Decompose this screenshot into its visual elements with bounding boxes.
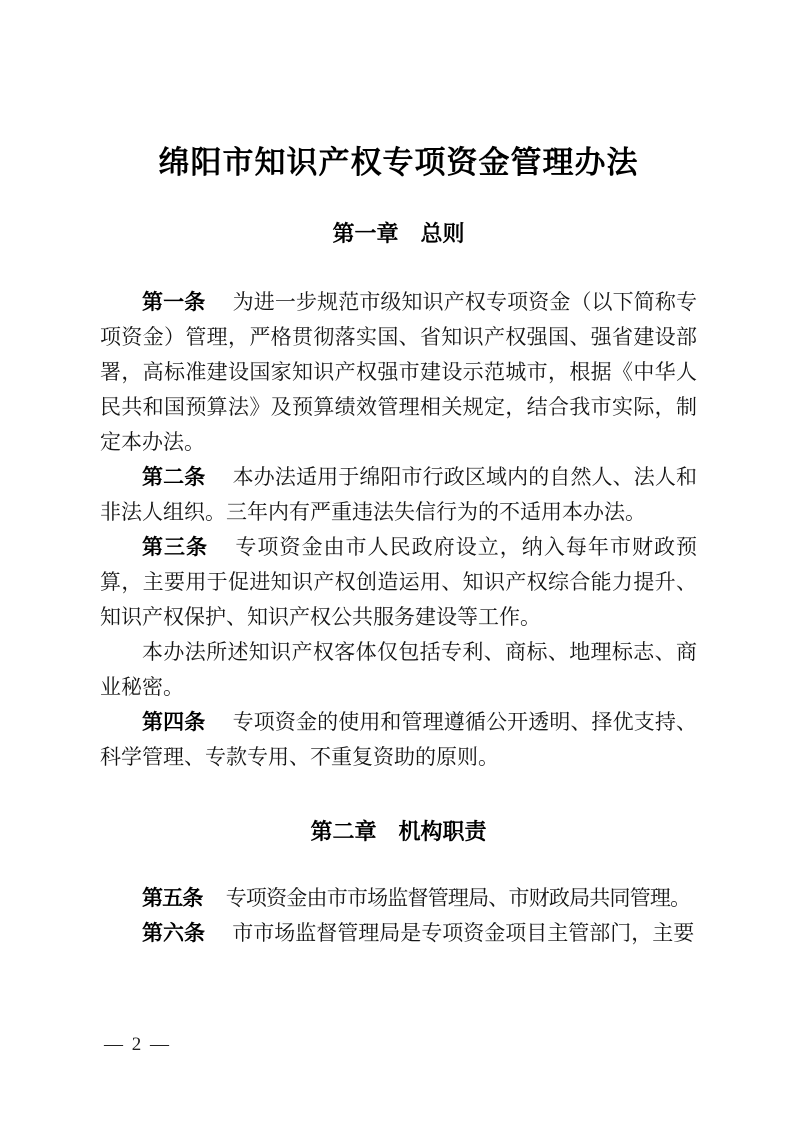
article-4-label: 第四条 <box>142 711 205 734</box>
article-2-paragraph: 第二条本办法适用于绵阳市行政区域内的自然人、法人和非法人组织。三年内有严重违法失… <box>100 460 697 530</box>
article-5-label: 第五条 <box>142 887 203 910</box>
chapter-1-heading: 第一章 总则 <box>100 222 697 246</box>
article-4-paragraph: 第四条专项资金的使用和管理遵循公开透明、择优支持、科学管理、专款专用、不重复资助… <box>100 705 697 775</box>
article-2-label: 第二条 <box>142 466 205 489</box>
chapter-general-provisions: 第一章 总则 第一条为进一步规范市级知识产权专项资金（以下简称专项资金）管理，严… <box>100 222 697 775</box>
chapter-2-heading: 第二章 机构职责 <box>100 820 697 844</box>
article-3-paragraph: 第三条专项资金由市人民政府设立，纳入每年市财政预算，主要用于促进知识产权创造运用… <box>100 530 697 635</box>
article-6-text: 市市场监督管理局是专项资金项目主管部门，主要 <box>232 921 694 945</box>
document-page: 绵阳市知识产权专项资金管理办法 第一章 总则 第一条为进一步规范市级知识产权专项… <box>0 0 793 1122</box>
chapter-2-body: 第五条专项资金由市市场监督管理局、市财政局共同管理。 第六条市市场监督管理局是专… <box>100 881 697 951</box>
article-5-text: 专项资金由市市场监督管理局、市财政局共同管理。 <box>226 886 691 910</box>
article-1-label: 第一条 <box>142 291 205 314</box>
article-3-label: 第三条 <box>142 536 208 559</box>
page-number: — 2 — <box>104 1034 171 1056</box>
article-3-supplement-text: 本办法所述知识产权客体仅包括专利、商标、地理标志、商业秘密。 <box>100 640 697 699</box>
article-6-paragraph: 第六条市市场监督管理局是专项资金项目主管部门，主要 <box>100 916 697 951</box>
document-title: 绵阳市知识产权专项资金管理办法 <box>100 145 697 181</box>
article-6-label: 第六条 <box>142 922 205 945</box>
article-1-text: 为进一步规范市级知识产权专项资金（以下简称专项资金）管理，严格贯彻落实国、省知识… <box>100 290 697 454</box>
article-1-paragraph: 第一条为进一步规范市级知识产权专项资金（以下简称专项资金）管理，严格贯彻落实国、… <box>100 285 697 460</box>
document-content: 绵阳市知识产权专项资金管理办法 第一章 总则 第一条为进一步规范市级知识产权专项… <box>0 145 793 951</box>
article-5-paragraph: 第五条专项资金由市市场监督管理局、市财政局共同管理。 <box>100 881 697 916</box>
article-3-supplement-paragraph: 本办法所述知识产权客体仅包括专利、商标、地理标志、商业秘密。 <box>100 635 697 705</box>
chapter-institutional-duties: 第二章 机构职责 第五条专项资金由市市场监督管理局、市财政局共同管理。 第六条市… <box>100 820 697 951</box>
chapter-1-body: 第一条为进一步规范市级知识产权专项资金（以下简称专项资金）管理，严格贯彻落实国、… <box>100 285 697 775</box>
